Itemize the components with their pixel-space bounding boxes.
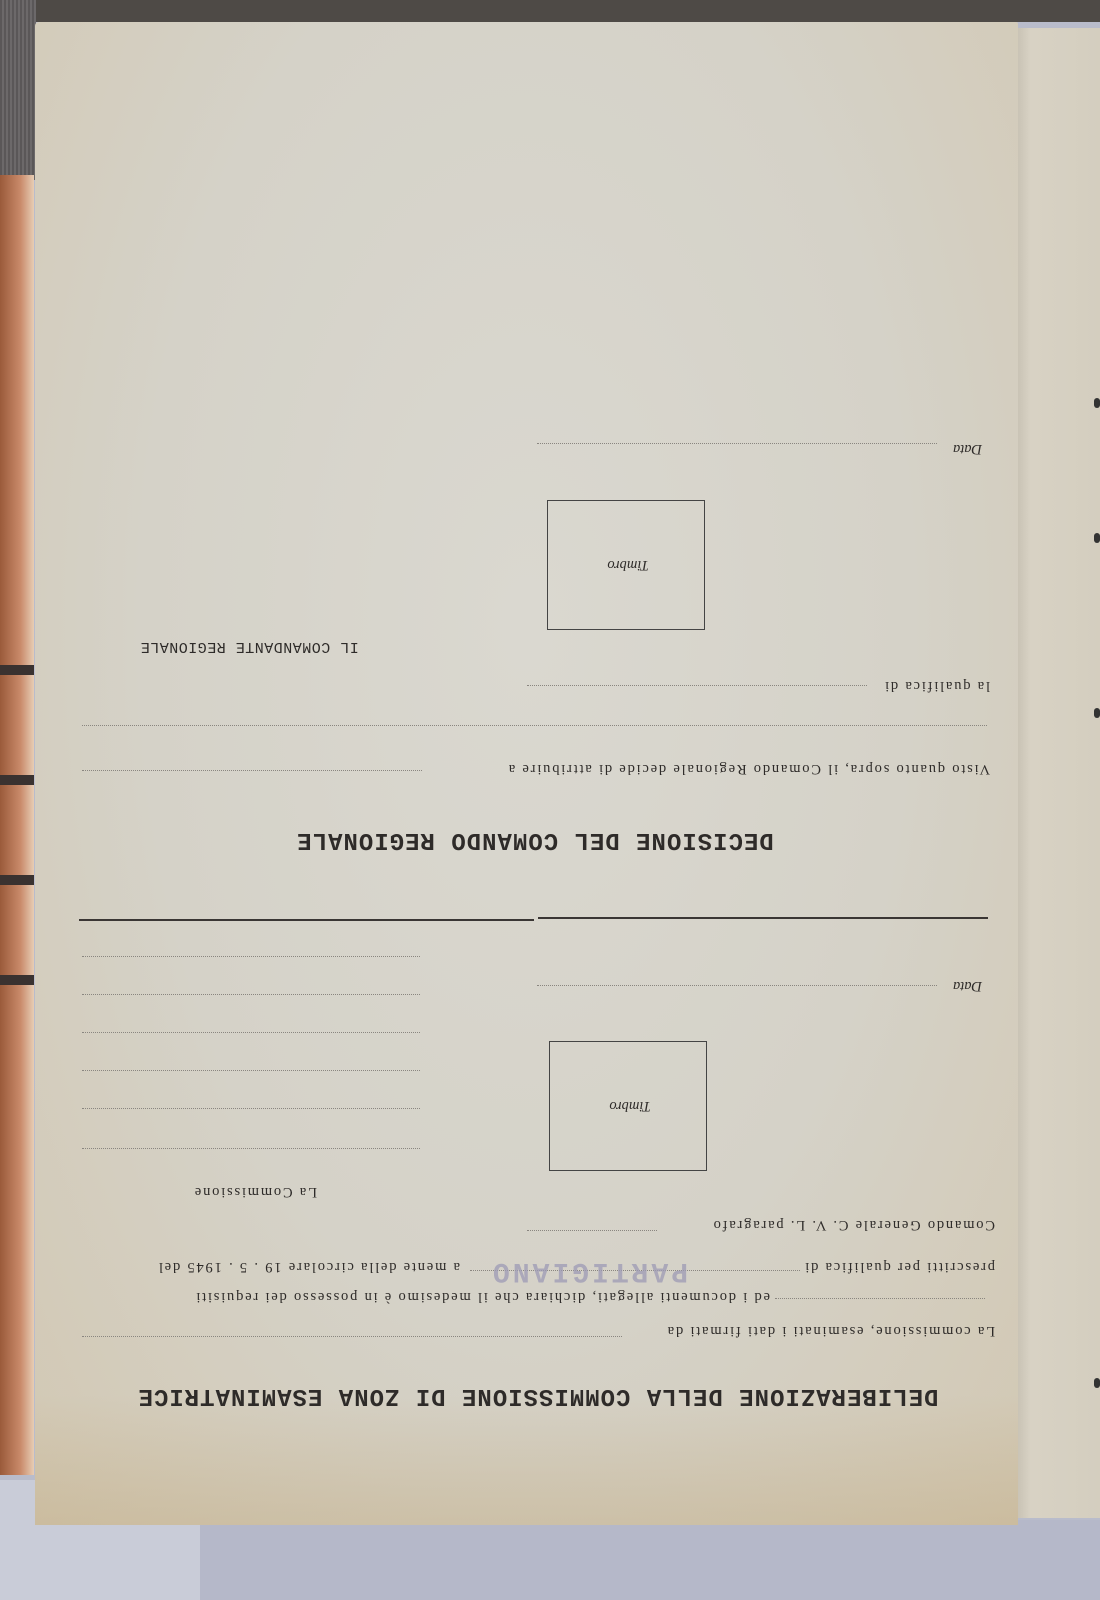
section1-heading: DELIBERAZIONE DELLA COMMISSIONE DI ZONA …	[108, 1382, 968, 1409]
section1-date-field[interactable]	[537, 985, 937, 986]
backdrop-top	[0, 0, 1100, 22]
section2-stamp-label: Timbro	[588, 556, 668, 573]
section-divider-right	[538, 917, 988, 919]
section2-extra-line[interactable]	[82, 725, 987, 726]
section1-line1: La commissione, esaminati i dati firmati…	[630, 1322, 995, 1339]
section2-line1: Visto quanto sopra, il Comando Regionale…	[430, 760, 990, 777]
commission-signature-line[interactable]	[82, 994, 420, 995]
section1-line2: ed i documenti allegati, dichiara che il…	[80, 1288, 770, 1305]
partigiano-stamp: PARTIGIANO	[490, 1255, 688, 1286]
section1-stamp-label: Timbro	[590, 1097, 670, 1114]
commission-signature-label: La Commissione	[180, 1183, 330, 1200]
section2-qualifica-field[interactable]	[527, 685, 867, 686]
section1-line3-a: prescritti per qualifica di	[805, 1258, 995, 1275]
section1-line4: Comando Generale C. V. L. paragrafo	[668, 1216, 995, 1233]
commission-signature-line[interactable]	[82, 956, 420, 957]
section2-date-label: Data	[945, 440, 990, 457]
backdrop-binder-edge	[0, 175, 34, 1475]
commission-signature-line[interactable]	[82, 1070, 420, 1071]
adjacent-page	[1018, 28, 1100, 1518]
commission-signature-line[interactable]	[82, 1108, 420, 1109]
commission-signature-line[interactable]	[82, 1032, 420, 1033]
section1-line2-field[interactable]	[775, 1298, 985, 1299]
backdrop-fabric	[0, 0, 36, 180]
attribuire-field[interactable]	[82, 770, 422, 771]
section2-date-field[interactable]	[537, 443, 937, 444]
section1-line3-b: a mente della circolare 19 . 5 . 1945 de…	[80, 1258, 460, 1275]
comandante-signature-label: IL COMANDANTE REGIONALE	[112, 638, 387, 655]
commission-signature-line[interactable]	[82, 1148, 420, 1149]
section1-date-label: Data	[945, 977, 990, 994]
section2-line2: la qualifica di	[875, 677, 990, 694]
section-divider-left	[79, 919, 534, 921]
paragrafo-field[interactable]	[527, 1230, 657, 1231]
section2-heading: DECISIONE DEL COMANDO REGIONALE	[265, 826, 805, 853]
section1-line1-field[interactable]	[82, 1336, 622, 1337]
